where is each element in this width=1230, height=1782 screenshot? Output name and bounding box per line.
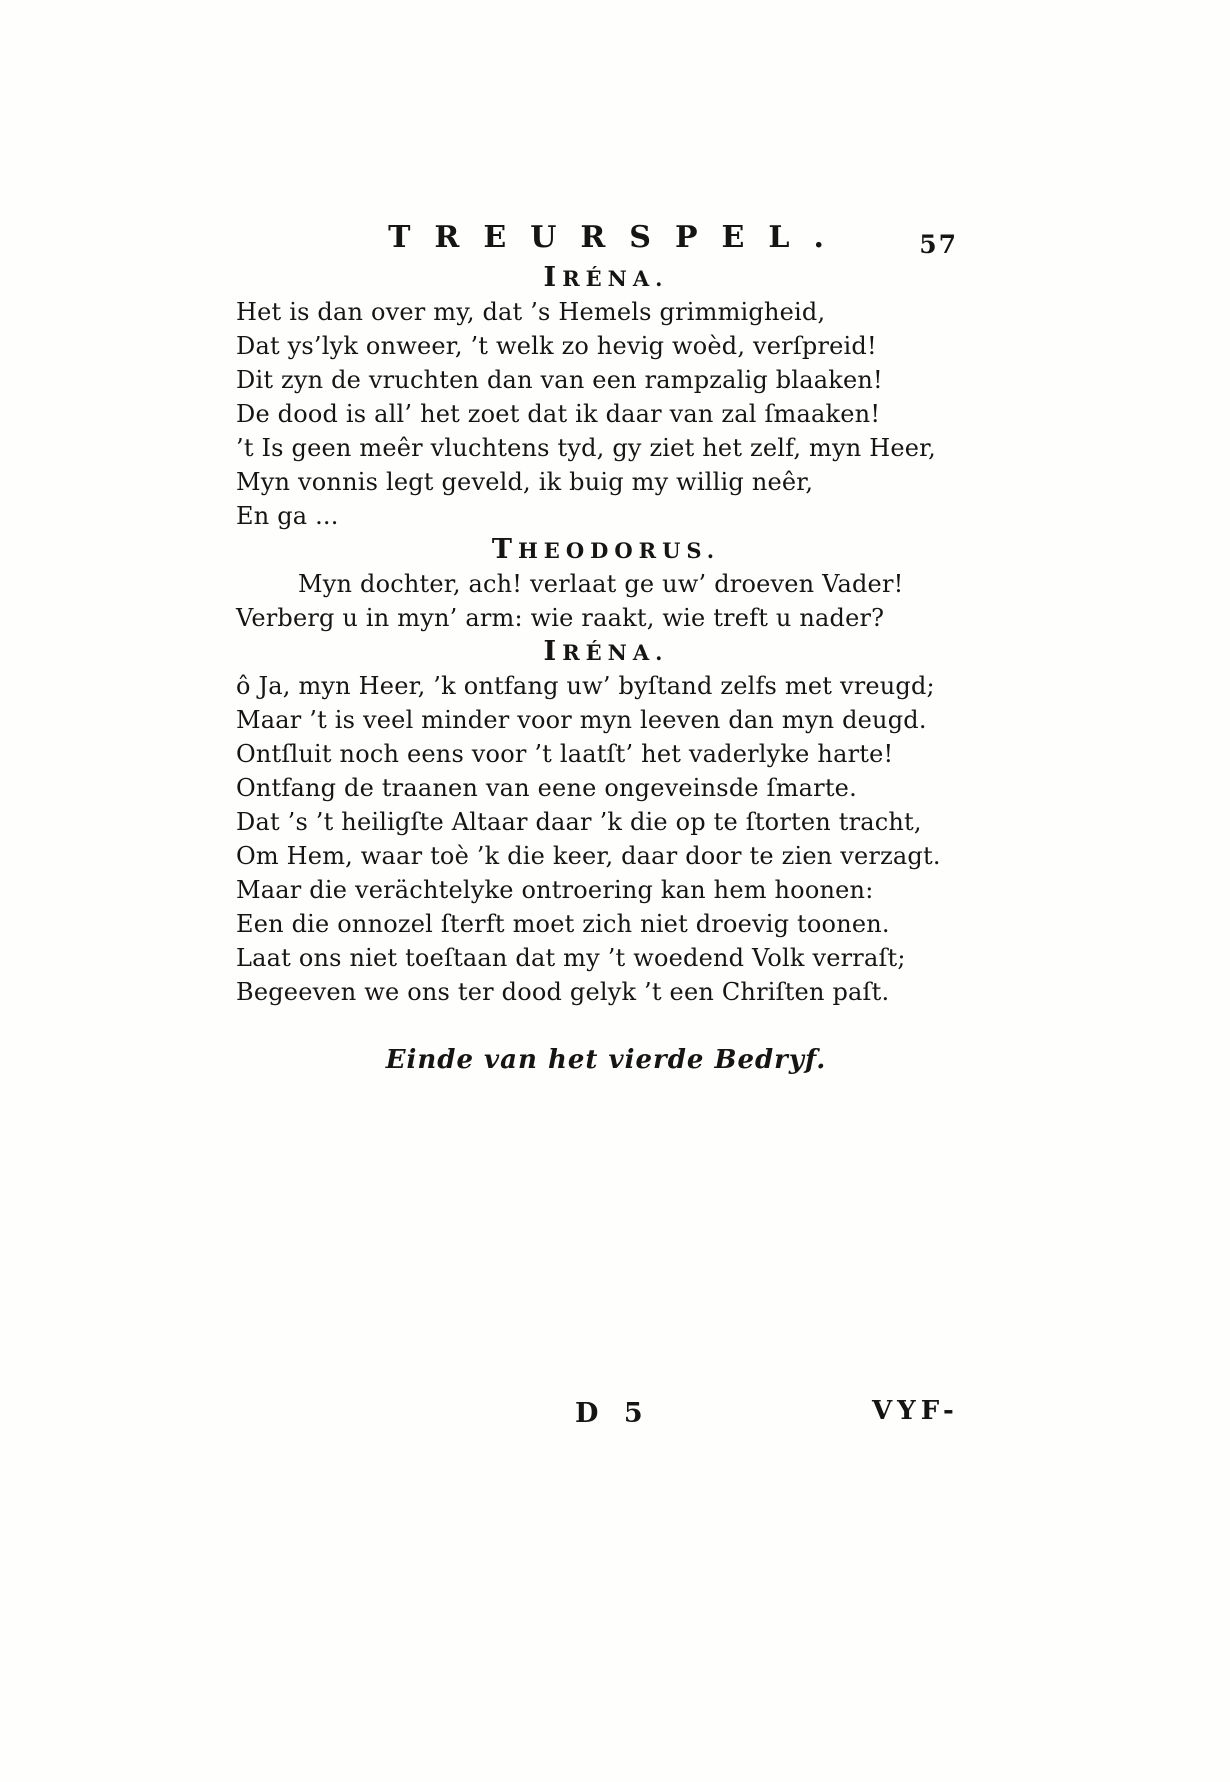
page-number: 57 [919,230,958,259]
page-header: TREURSPEL. 57 [236,220,976,260]
verse-line: Ontſluit noch eens voor ’t laatſt’ het v… [236,737,976,771]
act-end-colophon: Einde van het vierde Bedryf. [236,1045,976,1075]
speech-irena-2: IRÉNA. ô Ja, myn Heer, ’k ontfang uw’ by… [236,636,976,1009]
verse-line: Dat ys’lyk onweer, ’t welk zo hevig woèd… [236,329,976,363]
verse-line: Laat ons niet toeſtaan dat my ’t woedend… [236,941,976,975]
verse-line: Myn vonnis legt geveld, ik buig my willi… [236,465,976,499]
speaker-heading: IRÉNA. [236,636,976,668]
speaker-heading: IRÉNA. [236,262,976,294]
verse-line: Myn dochter, ach! verlaat ge uw’ droeven… [236,567,976,601]
verse-line: Dit zyn de vruchten dan van een rampzali… [236,363,976,397]
text-block: TREURSPEL. 57 IRÉNA. Het is dan over my,… [236,220,976,1075]
verse-line: Dat ’s ’t heiligſte Altaar daar ’k die o… [236,805,976,839]
signature-mark: D 5 [575,1398,651,1429]
verse-line: Begeeven we ons ter dood gelyk ’t een Ch… [236,975,976,1009]
verse-line: Maar ’t is veel minder voor myn leeven d… [236,703,976,737]
speech-theodorus: THEODORUS. Myn dochter, ach! verlaat ge … [236,534,976,635]
verse-line: Het is dan over my, dat ’s Hemels grimmi… [236,295,976,329]
speaker-heading: THEODORUS. [236,534,976,566]
verse-line: Verberg u in myn’ arm: wie raakt, wie tr… [236,601,976,635]
book-page: TREURSPEL. 57 IRÉNA. Het is dan over my,… [0,0,1230,1782]
verse-line: ’t Is geen meêr vluchtens tyd, gy ziet h… [236,431,976,465]
verse-line: ô Ja, myn Heer, ’k ontfang uw’ byſtand z… [236,669,976,703]
verse-line: De dood is all’ het zoet dat ik daar van… [236,397,976,431]
verse-line: Maar die verächtelyke ontroering kan hem… [236,873,976,907]
running-title: TREURSPEL. [236,220,976,255]
catchword: VYF- [872,1396,959,1426]
verse-line: Ontfang de traanen van eene ongeveinsde … [236,771,976,805]
verse-line: En ga ... [236,499,976,533]
speech-irena-1: IRÉNA. Het is dan over my, dat ’s Hemels… [236,262,976,533]
verse-line: Om Hem, waar toè ’k die keer, daar door … [236,839,976,873]
verse-line: Een die onnozel ſterft moet zich niet dr… [236,907,976,941]
